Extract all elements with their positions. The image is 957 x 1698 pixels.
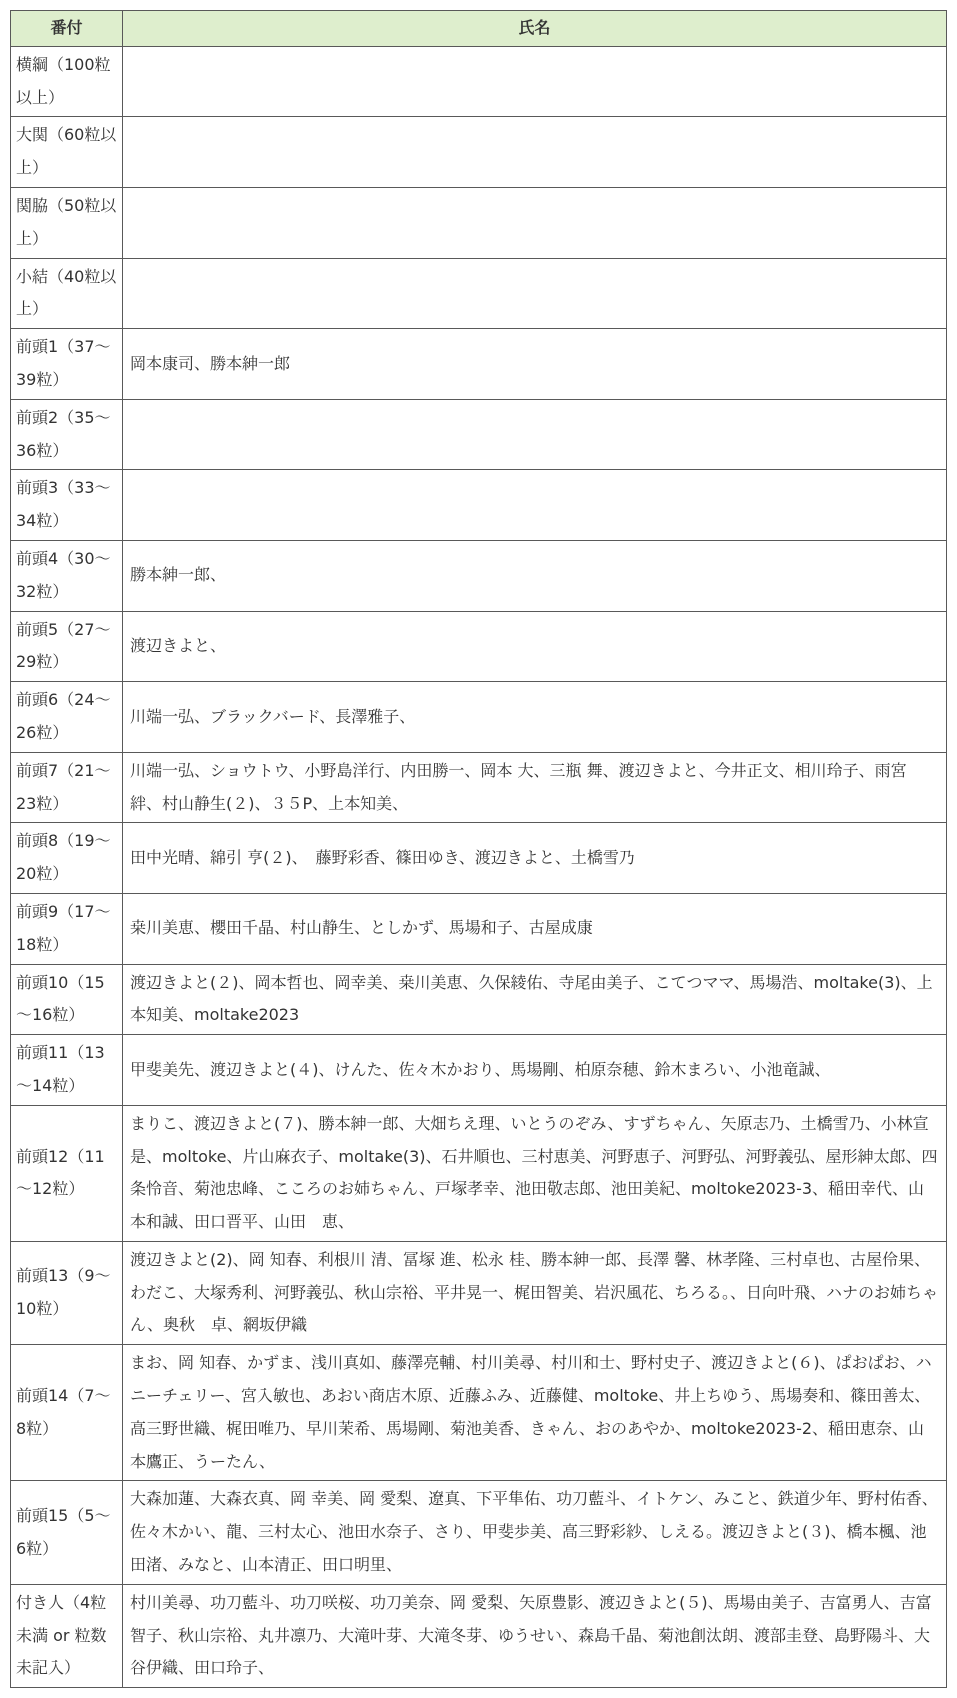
table-row: 前頭12（11～12粒）まりこ、渡辺きよと(７)、勝本紳一郎、大畑ちえ理、いとう…	[11, 1105, 947, 1241]
rank-cell: 関脇（50粒以上）	[11, 187, 123, 258]
table-row: 前頭5（27～29粒）渡辺きよと、	[11, 611, 947, 682]
names-cell: 大森加蓮、大森衣真、岡 幸美、岡 愛梨、遼真、下平隼佑、功刀藍斗、イトケン、みこ…	[123, 1481, 947, 1584]
ranking-table-body: 横綱（100粒以上）大関（60粒以上）関脇（50粒以上）小結（40粒以上）前頭1…	[11, 46, 947, 1687]
rank-cell: 小結（40粒以上）	[11, 258, 123, 329]
table-row: 前頭13（9～10粒）渡辺きよと(2)、岡 知春、利根川 清、冨塚 進、松永 桂…	[11, 1241, 947, 1344]
table-row: 前頭14（7～8粒）まお、岡 知春、かずま、浅川真如、藤澤亮輔、村川美尋、村川和…	[11, 1345, 947, 1481]
names-cell: 甲斐美先、渡辺きよと(４)、けんた、佐々木かおり、馬場剛、柏原奈穂、鈴木まろい、…	[123, 1035, 947, 1106]
header-row: 番付 氏名	[11, 11, 947, 47]
rank-cell: 前頭3（33～34粒）	[11, 470, 123, 541]
rank-cell: 前頭11（13～14粒）	[11, 1035, 123, 1106]
rank-cell: 前頭1（37～39粒）	[11, 329, 123, 400]
names-cell: 渡辺きよと、	[123, 611, 947, 682]
rank-cell: 前頭6（24～26粒）	[11, 682, 123, 753]
table-row: 小結（40粒以上）	[11, 258, 947, 329]
names-cell: 村川美尋、功刀藍斗、功刀咲桜、功刀美奈、岡 愛梨、矢原豊影、渡辺きよと(５)、馬…	[123, 1584, 947, 1687]
rank-cell: 前頭5（27～29粒）	[11, 611, 123, 682]
names-cell: 勝本紳一郎、	[123, 540, 947, 611]
page: 番付 氏名 横綱（100粒以上）大関（60粒以上）関脇（50粒以上）小結（40粒…	[0, 0, 957, 1698]
names-cell: 田中光晴、綿引 亨(２)、 藤野彩香、篠田ゆき、渡辺きよと、土橋雪乃	[123, 823, 947, 894]
rank-cell: 付き人（4粒未満 or 粒数未記入）	[11, 1584, 123, 1687]
names-cell: 川端一弘、ショウトウ、小野島洋行、内田勝一、岡本 大、三瓶 舞、渡辺きよと、今井…	[123, 752, 947, 823]
table-row: 前頭2（35～36粒）	[11, 399, 947, 470]
names-cell	[123, 258, 947, 329]
rank-cell: 前頭12（11～12粒）	[11, 1105, 123, 1241]
banzuke-ranking-table: 番付 氏名 横綱（100粒以上）大関（60粒以上）関脇（50粒以上）小結（40粒…	[10, 10, 947, 1688]
table-row: 前頭15（5～6粒）大森加蓮、大森衣真、岡 幸美、岡 愛梨、遼真、下平隼佑、功刀…	[11, 1481, 947, 1584]
table-row: 大関（60粒以上）	[11, 117, 947, 188]
rank-cell: 前頭15（5～6粒）	[11, 1481, 123, 1584]
rank-cell: 前頭10（15～16粒）	[11, 964, 123, 1035]
table-row: 前頭7（21～23粒）川端一弘、ショウトウ、小野島洋行、内田勝一、岡本 大、三瓶…	[11, 752, 947, 823]
rank-cell: 前頭4（30～32粒）	[11, 540, 123, 611]
rank-column-header: 番付	[11, 11, 123, 47]
names-cell	[123, 187, 947, 258]
names-cell: まりこ、渡辺きよと(７)、勝本紳一郎、大畑ちえ理、いとうのぞみ、すずちゃん、矢原…	[123, 1105, 947, 1241]
rank-cell: 前頭8（19～20粒）	[11, 823, 123, 894]
table-header: 番付 氏名	[11, 11, 947, 47]
table-row: 前頭3（33～34粒）	[11, 470, 947, 541]
table-row: 前頭4（30～32粒）勝本紳一郎、	[11, 540, 947, 611]
table-row: 前頭8（19～20粒）田中光晴、綿引 亨(２)、 藤野彩香、篠田ゆき、渡辺きよと…	[11, 823, 947, 894]
names-cell	[123, 399, 947, 470]
table-row: 前頭11（13～14粒）甲斐美先、渡辺きよと(４)、けんた、佐々木かおり、馬場剛…	[11, 1035, 947, 1106]
rank-cell: 大関（60粒以上）	[11, 117, 123, 188]
names-cell	[123, 470, 947, 541]
table-row: 前頭6（24～26粒）川端一弘、ブラックバード、長澤雅子、	[11, 682, 947, 753]
names-cell: まお、岡 知春、かずま、浅川真如、藤澤亮輔、村川美尋、村川和士、野村史子、渡辺き…	[123, 1345, 947, 1481]
names-cell: 渡辺きよと(2)、岡 知春、利根川 清、冨塚 進、松永 桂、勝本紳一郎、長澤 馨…	[123, 1241, 947, 1344]
rank-cell: 前頭9（17～18粒）	[11, 893, 123, 964]
names-cell	[123, 46, 947, 117]
rank-cell: 前頭14（7～8粒）	[11, 1345, 123, 1481]
name-column-header: 氏名	[123, 11, 947, 47]
table-row: 前頭10（15～16粒）渡辺きよと(２)、岡本哲也、岡幸美、桒川美恵、久保綾佑、…	[11, 964, 947, 1035]
rank-cell: 前頭7（21～23粒）	[11, 752, 123, 823]
names-cell	[123, 117, 947, 188]
names-cell: 川端一弘、ブラックバード、長澤雅子、	[123, 682, 947, 753]
names-cell: 桒川美恵、櫻田千晶、村山静生、としかず、馬場和子、古屋成康	[123, 893, 947, 964]
names-cell: 岡本康司、勝本紳一郎	[123, 329, 947, 400]
table-row: 付き人（4粒未満 or 粒数未記入）村川美尋、功刀藍斗、功刀咲桜、功刀美奈、岡 …	[11, 1584, 947, 1687]
rank-cell: 横綱（100粒以上）	[11, 46, 123, 117]
table-row: 前頭9（17～18粒）桒川美恵、櫻田千晶、村山静生、としかず、馬場和子、古屋成康	[11, 893, 947, 964]
rank-cell: 前頭2（35～36粒）	[11, 399, 123, 470]
rank-cell: 前頭13（9～10粒）	[11, 1241, 123, 1344]
table-row: 前頭1（37～39粒）岡本康司、勝本紳一郎	[11, 329, 947, 400]
names-cell: 渡辺きよと(２)、岡本哲也、岡幸美、桒川美恵、久保綾佑、寺尾由美子、こてつママ、…	[123, 964, 947, 1035]
table-row: 横綱（100粒以上）	[11, 46, 947, 117]
table-row: 関脇（50粒以上）	[11, 187, 947, 258]
